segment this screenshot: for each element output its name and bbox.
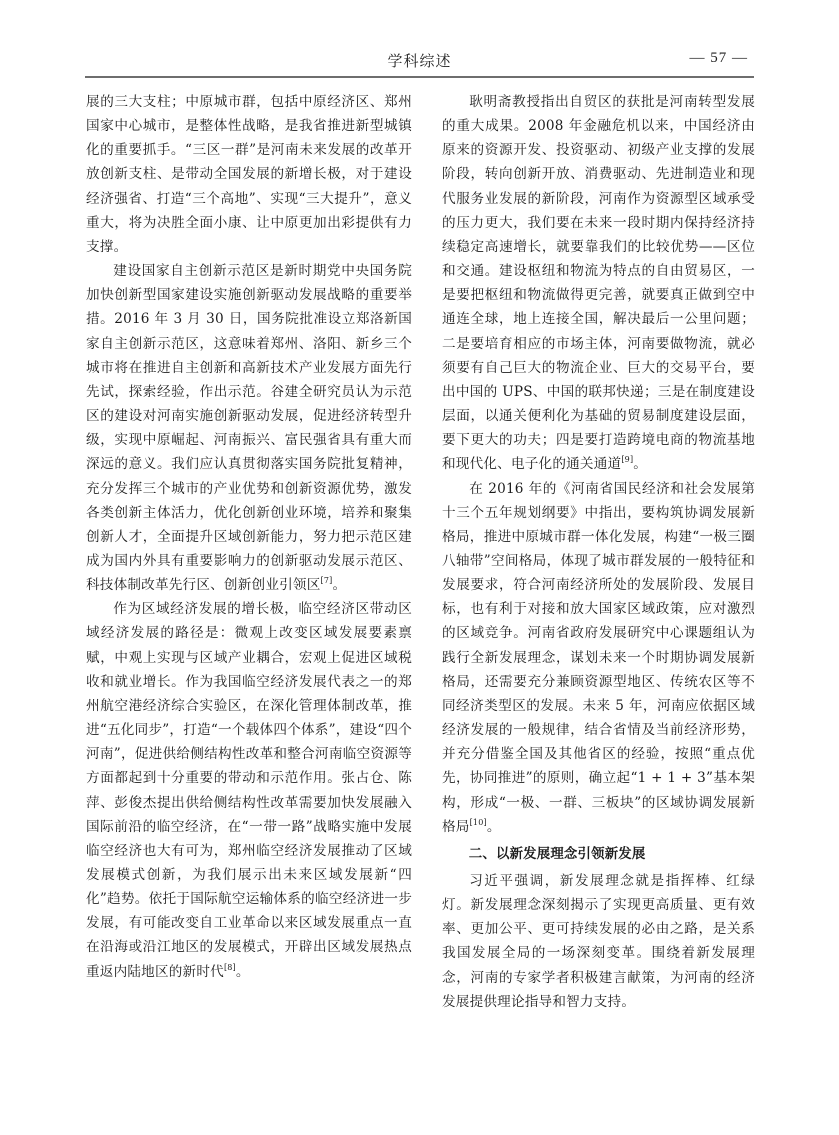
header-rule: [85, 76, 754, 78]
paragraph: 建设国家自主创新示范区是新时期党中央国务院加快创新型国家建设实施创新驱动发展战略…: [86, 259, 412, 597]
paragraph-tail: 。: [487, 819, 501, 835]
paragraph-tail: 。: [236, 964, 250, 980]
running-header: 学科综述 — 57 —: [85, 44, 754, 78]
paragraph-text: 作为区域经济发展的增长极，临空经济区带动区域经济发展的路径是：微观上改变区域发展…: [86, 601, 412, 979]
paragraph-text: 耿明斋教授指出自贸区的获批是河南转型发展的重大成果。2008 年金融危机以来，中…: [442, 94, 755, 472]
right-column: 耿明斋教授指出自贸区的获批是河南转型发展的重大成果。2008 年金融危机以来，中…: [442, 90, 755, 1014]
paragraph: 耿明斋教授指出自贸区的获批是河南转型发展的重大成果。2008 年金融危机以来，中…: [442, 90, 755, 477]
paragraph: 在 2016 年的《河南省国民经济和社会发展第十三个五年规划纲要》中指出，要构筑…: [442, 477, 755, 839]
paragraph-text: 在 2016 年的《河南省国民经济和社会发展第十三个五年规划纲要》中指出，要构筑…: [442, 481, 755, 835]
paragraph-text: 展的三大支柱；中原城市群，包括中原经济区、郑州国家中心城市，是整体性战略，是我省…: [86, 94, 412, 255]
citation-ref: [9]: [621, 455, 633, 464]
paragraph: 作为区域经济发展的增长极，临空经济区带动区域经济发展的路径是：微观上改变区域发展…: [86, 597, 412, 984]
left-column: 展的三大支柱；中原城市群，包括中原经济区、郑州国家中心城市，是整体性战略，是我省…: [86, 90, 412, 984]
paragraph-text: 建设国家自主创新示范区是新时期党中央国务院加快创新型国家建设实施创新驱动发展战略…: [86, 263, 412, 593]
paragraph-text: 习近平强调，新发展理念就是指挥棒、红绿灯。新发展理念深刻揭示了实现更高质量、更有…: [442, 873, 755, 1010]
citation-ref: [7]: [321, 576, 333, 585]
section-title: 学科综述: [85, 50, 754, 71]
citation-ref: [8]: [224, 963, 236, 972]
section-heading: 二、以新发展理念引领新发展: [442, 843, 755, 867]
paragraph: 展的三大支柱；中原城市群，包括中原经济区、郑州国家中心城市，是整体性战略，是我省…: [86, 90, 412, 259]
paragraph-tail: 。: [332, 577, 346, 593]
page-number: — 57 —: [690, 50, 749, 67]
paragraph-tail: 。: [633, 456, 647, 472]
citation-ref: [10]: [470, 818, 487, 827]
paragraph: 习近平强调，新发展理念就是指挥棒、红绿灯。新发展理念深刻揭示了实现更高质量、更有…: [442, 869, 755, 1014]
